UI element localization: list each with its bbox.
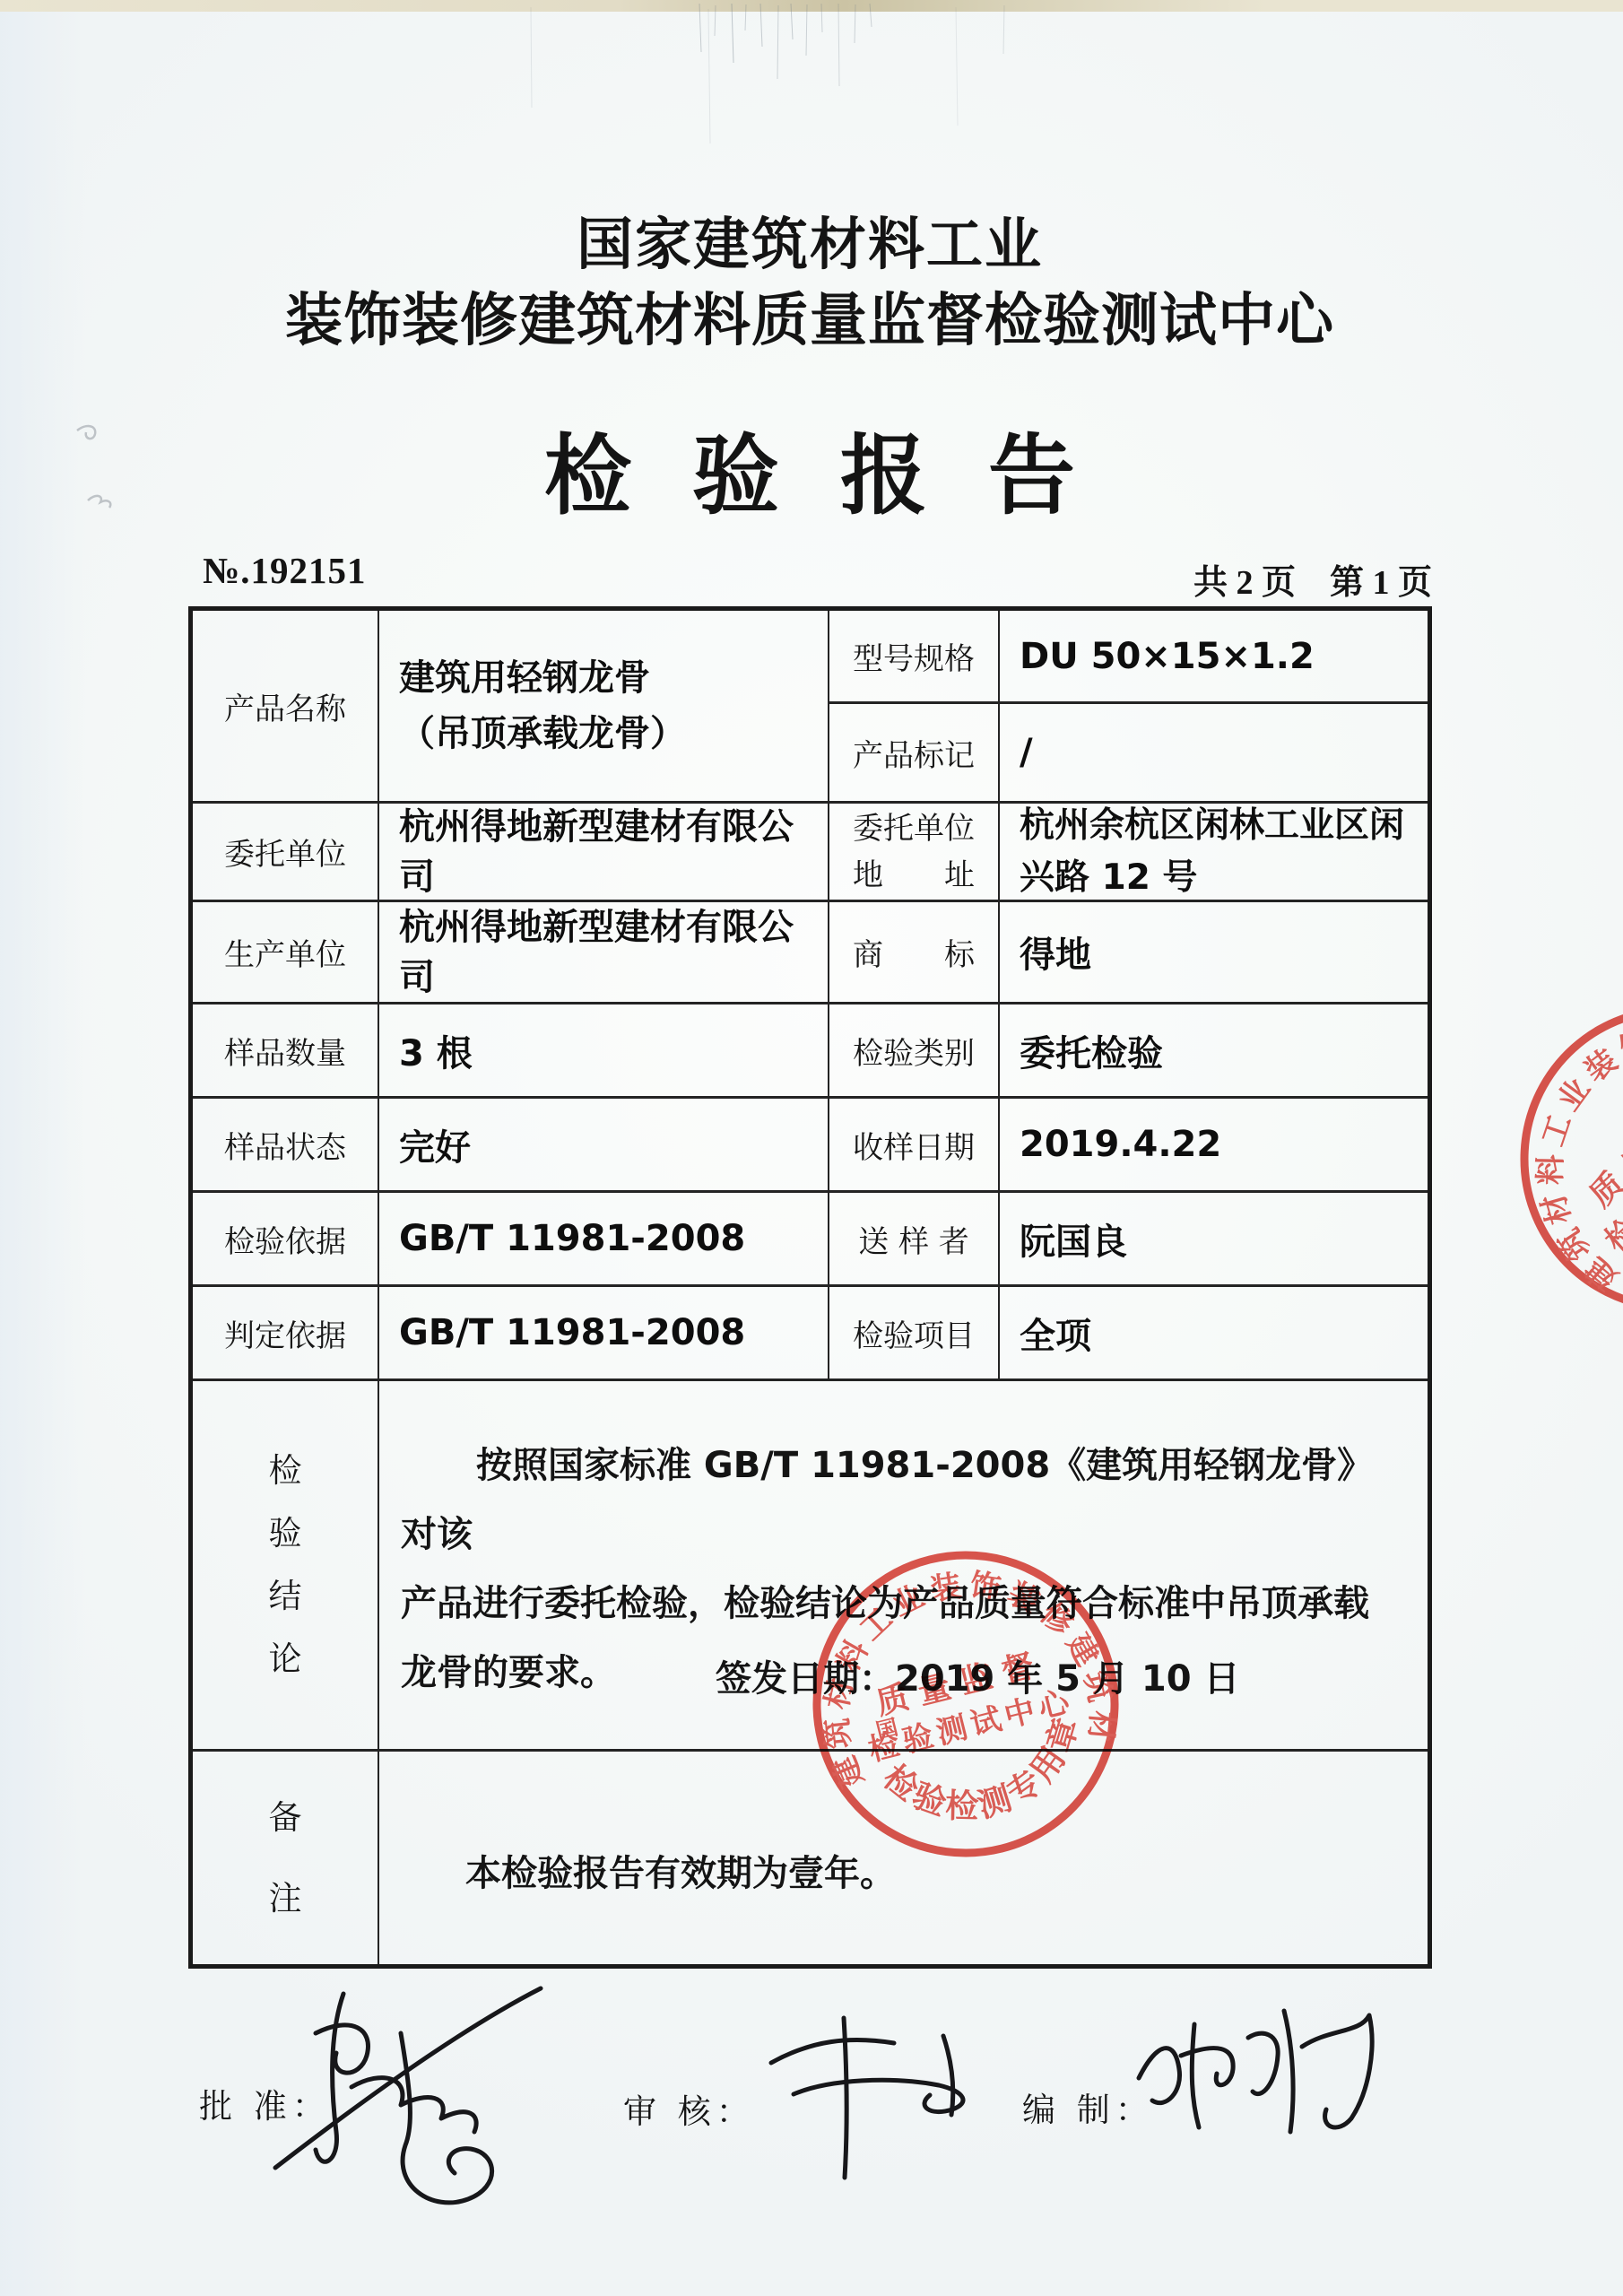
- sample-state-value-text: 完好: [399, 1119, 471, 1170]
- sample-sender-label-text: 送 样 者: [858, 1217, 969, 1261]
- sample-state-label: 样品状态: [193, 1099, 379, 1193]
- consignor-label: 委托单位: [193, 804, 379, 902]
- product-mark-label: 产品标记: [829, 704, 1000, 804]
- product-mark-value: /: [1000, 704, 1428, 804]
- trademark-value: 得地: [1000, 902, 1428, 1004]
- judgment-basis-label-text: 判定依据: [224, 1311, 346, 1355]
- receive-date-label-text: 收样日期: [853, 1123, 975, 1167]
- sample-sender-value: 阮国良: [1000, 1193, 1428, 1287]
- sample-sender-value-text: 阮国良: [1020, 1213, 1127, 1265]
- model-spec-value-text: DU 50×15×1.2: [1020, 636, 1315, 677]
- inspection-basis-value: GB/T 11981-2008: [379, 1193, 829, 1287]
- sample-state-value: 完好: [379, 1099, 829, 1193]
- seal-ring-text: 建筑材料工业装饰装修建筑材料: [1494, 979, 1623, 1338]
- producer-value-text: 杭州得地新型建材有限公司: [399, 902, 801, 1003]
- product-mark-label-text: 产品标记: [853, 731, 975, 775]
- product-name-value: 建筑用轻钢龙骨 （吊顶承载龙骨）: [379, 611, 829, 804]
- center-official-seal: 建筑材料工业装饰装修建筑材料 质量监督 检验测试中心 检验检测专用章 国: [786, 1525, 1145, 1883]
- consignor-value: 杭州得地新型建材有限公司: [379, 804, 829, 902]
- sample-quantity-label: 样品数量: [193, 1004, 379, 1099]
- inspection-type-value: 委托检验: [1000, 1004, 1428, 1099]
- judgment-basis-value-text: GB/T 11981-2008: [399, 1312, 745, 1353]
- right-edge-official-seal: 建筑材料工业装饰装修建筑材料 质量监督 检验测试中心 检验检测专用章: [1494, 979, 1623, 1338]
- producer-label: 生产单位: [193, 902, 379, 1004]
- sample-quantity-value: 3 根: [379, 1004, 829, 1099]
- consignor-address-label: 委托单位 地 址: [829, 804, 1000, 902]
- scan-streak-artifacts: [430, 0, 1219, 161]
- sample-quantity-label-text: 样品数量: [224, 1029, 346, 1073]
- trademark-label: 商 标: [829, 902, 1000, 1004]
- model-spec-value: DU 50×15×1.2: [1000, 611, 1428, 704]
- conclusion-label: 检验结论: [193, 1381, 379, 1752]
- reviewer-signature: [758, 2007, 995, 2191]
- inspection-type-label: 检验类别: [829, 1004, 1000, 1099]
- consignor-address-value-text: 杭州余杭区闲林工业区闲兴路 12 号: [1020, 800, 1428, 904]
- inspection-basis-label-text: 检验依据: [224, 1217, 346, 1261]
- org-title-line1: 国家建筑材料工业: [0, 199, 1619, 281]
- sample-quantity-value-text: 3 根: [399, 1025, 473, 1076]
- trademark-value-text: 得地: [1020, 926, 1091, 978]
- remark-label-text: 备注: [266, 1778, 304, 1939]
- approver-signature: [265, 1978, 574, 2242]
- page-count-info: 共 2 页 第 1 页: [1193, 554, 1432, 604]
- inspection-items-label-text: 检验项目: [853, 1311, 975, 1355]
- inspection-type-label-text: 检验类别: [853, 1029, 975, 1073]
- conclusion-label-text: 检验结论: [266, 1439, 304, 1691]
- product-name-label: 产品名称: [193, 611, 379, 804]
- product-name-label-text: 产品名称: [224, 684, 346, 728]
- judgment-basis-value: GB/T 11981-2008: [379, 1287, 829, 1381]
- inspection-type-value-text: 委托检验: [1020, 1025, 1163, 1076]
- receive-date-value: 2019.4.22: [1000, 1099, 1428, 1193]
- product-name-value-text: 建筑用轻钢龙骨 （吊顶承载龙骨）: [399, 650, 686, 761]
- producer-label-text: 生产单位: [224, 930, 346, 974]
- trademark-label-text: 商 标: [853, 930, 975, 974]
- consignor-value-text: 杭州得地新型建材有限公司: [399, 802, 801, 902]
- consignor-address-label-text: 委托单位 地 址: [853, 805, 975, 899]
- producer-value: 杭州得地新型建材有限公司: [379, 902, 829, 1004]
- model-spec-label-text: 型号规格: [853, 634, 975, 678]
- report-number: №.192151: [203, 549, 366, 592]
- model-spec-label: 型号规格: [829, 611, 1000, 704]
- report-title: 检验报告: [0, 405, 1619, 531]
- sample-sender-label: 送 样 者: [829, 1193, 1000, 1287]
- consignor-address-value: 杭州余杭区闲林工业区闲兴路 12 号: [1000, 804, 1428, 902]
- scanned-report-page: 国家建筑材料工业 装饰装修建筑材料质量监督检验测试中心 检验报告 №.19215…: [0, 0, 1623, 2296]
- remark-label: 备注: [193, 1752, 379, 1964]
- sample-state-label-text: 样品状态: [224, 1123, 346, 1167]
- inspection-basis-value-text: GB/T 11981-2008: [399, 1218, 745, 1259]
- inspection-items-label: 检验项目: [829, 1287, 1000, 1381]
- org-title-line2: 装饰装修建筑材料质量监督检验测试中心: [0, 274, 1619, 357]
- judgment-basis-label: 判定依据: [193, 1287, 379, 1381]
- inspection-items-value: 全项: [1000, 1287, 1428, 1381]
- product-mark-value-text: /: [1020, 732, 1033, 773]
- review-label: 审 核：: [623, 2084, 755, 2133]
- receive-date-label: 收样日期: [829, 1099, 1000, 1193]
- preparer-signature: [1125, 1991, 1399, 2166]
- consignor-label-text: 委托单位: [224, 830, 346, 874]
- inspection-items-value-text: 全项: [1020, 1308, 1091, 1359]
- receive-date-value-text: 2019.4.22: [1020, 1124, 1221, 1165]
- inspection-basis-label: 检验依据: [193, 1193, 379, 1287]
